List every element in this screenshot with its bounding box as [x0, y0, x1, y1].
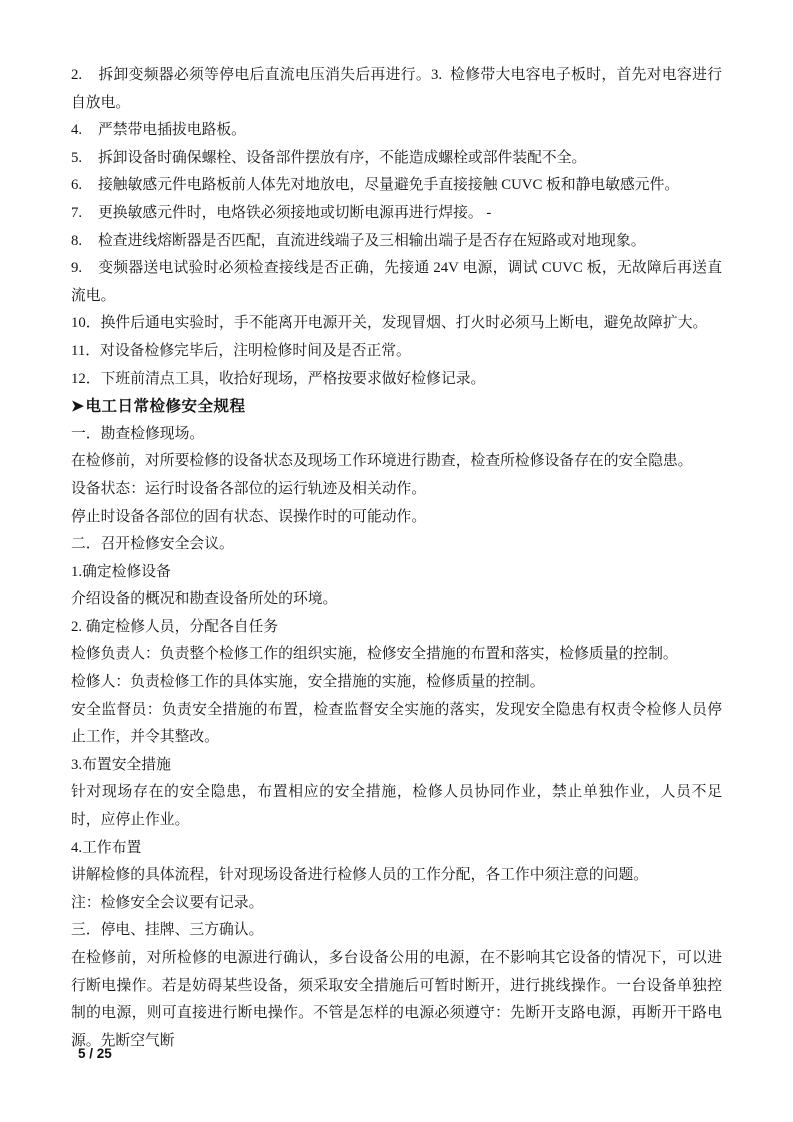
item-number: 10． [71, 310, 101, 338]
list-item: 10．换件后通电实验时，手不能离开电源开关，发现冒烟、打火时必须马上断电，避免故… [71, 310, 722, 338]
paragraph-text: 检修负责人：负责整个检修工作的组织实施，检修安全措施的布置和落实，检修质量的控制… [71, 646, 678, 662]
item-text: 下班前清点工具，收拾好现场，严格按要求做好检修记录。 [101, 371, 486, 387]
item-text: 接触敏感元件电路板前人体先对地放电，尽量避免手直接接触 CUVC 板和静电敏感元… [98, 177, 679, 193]
item-number: 12． [71, 366, 101, 394]
page-number: 5 / 25 [78, 1046, 112, 1061]
paragraph-text: 1.确定检修设备 [71, 564, 171, 580]
item-number: 三． [71, 917, 101, 945]
list-item: 5.拆卸设备时确保螺栓、设备部件摆放有序，不能造成螺栓或部件装配不全。 [71, 145, 722, 173]
list-item: 6.接触敏感元件电路板前人体先对地放电，尽量避免手直接接触 CUVC 板和静电敏… [71, 172, 722, 200]
paragraph: 安全监督员：负责安全措施的布置，检查监督安全实施的落实，发现安全隐患有权责令检修… [71, 697, 722, 752]
paragraph: 停止时设备各部位的固有状态、误操作时的可能动作。 [71, 504, 722, 532]
item-number: 11． [71, 338, 100, 366]
item-text: 拆卸变频器必须等停电后直流电压消失后再进行。3. 检修带大电容电子板时，首先对电… [71, 67, 722, 111]
paragraph: 设备状态：运行时设备各部位的运行轨迹及相关动作。 [71, 476, 722, 504]
item-text: 对设备检修完毕后，注明检修时间及是否正常。 [100, 343, 411, 359]
list-item: 12．下班前清点工具，收拾好现场，严格按要求做好检修记录。 [71, 366, 722, 394]
list-item: 一．勘查检修现场。 [71, 421, 722, 449]
list-item: 三．停电、挂牌、三方确认。 [71, 917, 722, 945]
item-text: 更换敏感元件时，电烙铁必须接地或切断电源再进行焊接。 - [98, 205, 491, 221]
list-item: 11．对设备检修完毕后，注明检修时间及是否正常。 [71, 338, 722, 366]
item-number: 4. [71, 117, 98, 145]
item-number: 5. [71, 145, 98, 173]
paragraph-text: 在检修前，对所检修的电源进行确认，多台设备公用的电源，在不影响其它设备的情况下，… [71, 950, 722, 1049]
item-number: 6. [71, 172, 98, 200]
paragraph-text: 检修人：负责检修工作的具体实施，安全措施的实施，检修质量的控制。 [71, 674, 545, 690]
list-item: 9.变频器送电试验时必须检查接线是否正确，先接通 24V 电源，调试 CUVC … [71, 255, 722, 310]
item-number: 7. [71, 200, 98, 228]
paragraph-text: 安全监督员：负责安全措施的布置，检查监督安全实施的落实，发现安全隐患有权责令检修… [71, 702, 722, 746]
item-text: 停电、挂牌、三方确认。 [101, 922, 264, 938]
item-text: 变频器送电试验时必须检查接线是否正确，先接通 24V 电源，调试 CUVC 板，… [71, 260, 722, 304]
list-item: 7.更换敏感元件时，电烙铁必须接地或切断电源再进行焊接。 - [71, 200, 722, 228]
list-item: 2.拆卸变频器必须等停电后直流电压消失后再进行。3. 检修带大电容电子板时，首先… [71, 62, 722, 117]
paragraph: 讲解检修的具体流程，针对现场设备进行检修人员的工作分配，各工作中须注意的问题。 [71, 862, 722, 890]
paragraph: 介绍设备的概况和勘查设备所处的环境。 [71, 586, 722, 614]
paragraph-text: 注：检修安全会议要有记录。 [71, 895, 263, 911]
item-text: 勘查检修现场。 [101, 426, 205, 442]
list-item: 二．召开检修安全会议。 [71, 531, 722, 559]
paragraph-text: 在检修前，对所要检修的设备状态及现场工作环境进行勘查，检查所检修设备存在的安全隐… [71, 453, 692, 469]
paragraph-text: 设备状态：运行时设备各部位的运行轨迹及相关动作。 [71, 481, 426, 497]
item-text: 拆卸设备时确保螺栓、设备部件摆放有序，不能造成螺栓或部件装配不全。 [98, 150, 586, 166]
list-item: 8.检查进线熔断器是否匹配，直流进线端子及三相输出端子是否存在短路或对地现象。 [71, 228, 722, 256]
item-number: 9. [71, 255, 98, 283]
document-page: 2.拆卸变频器必须等停电后直流电压消失后再进行。3. 检修带大电容电子板时，首先… [0, 0, 793, 1122]
item-text: 换件后通电实验时，手不能离开电源开关，发现冒烟、打火时必须马上断电，避免故障扩大… [101, 315, 708, 331]
paragraph: 1.确定检修设备 [71, 559, 722, 587]
paragraph-text: 4.工作布置 [71, 840, 141, 856]
paragraph-text: 介绍设备的概况和勘查设备所处的环境。 [71, 591, 337, 607]
item-number: 一． [71, 421, 101, 449]
item-text: 召开检修安全会议。 [101, 536, 234, 552]
paragraph: 针对现场存在的安全隐患，布置相应的安全措施，检修人员协同作业，禁止单独作业，人员… [71, 779, 722, 834]
paragraph: 注：检修安全会议要有记录。 [71, 890, 722, 918]
paragraph-text: 3.布置安全措施 [71, 757, 171, 773]
paragraph-text: 2. 确定检修人员，分配各自任务 [71, 619, 278, 635]
item-number: 8. [71, 228, 98, 256]
paragraph-text: 停止时设备各部位的固有状态、误操作时的可能动作。 [71, 509, 426, 525]
paragraph: 在检修前，对所要检修的设备状态及现场工作环境进行勘查，检查所检修设备存在的安全隐… [71, 448, 722, 476]
paragraph: 在检修前，对所检修的电源进行确认，多台设备公用的电源，在不影响其它设备的情况下，… [71, 945, 722, 1055]
item-text: 严禁带电插拔电路板。 [98, 122, 246, 138]
paragraph: 4.工作布置 [71, 835, 722, 863]
list-item: 4.严禁带电插拔电路板。 [71, 117, 722, 145]
paragraph-text: 针对现场存在的安全隐患，布置相应的安全措施，检修人员协同作业，禁止单独作业，人员… [71, 784, 722, 828]
section-heading: ➤电工日常检修安全规程 [71, 393, 722, 421]
heading-text: 电工日常检修安全规程 [86, 398, 246, 415]
page-content: 2.拆卸变频器必须等停电后直流电压消失后再进行。3. 检修带大电容电子板时，首先… [71, 62, 722, 1055]
paragraph: 2. 确定检修人员，分配各自任务 [71, 614, 722, 642]
paragraph-text: 讲解检修的具体流程，针对现场设备进行检修人员的工作分配，各工作中须注意的问题。 [71, 867, 648, 883]
paragraph: 3.布置安全措施 [71, 752, 722, 780]
paragraph: 检修负责人：负责整个检修工作的组织实施，检修安全措施的布置和落实，检修质量的控制… [71, 641, 722, 669]
item-text: 检查进线熔断器是否匹配，直流进线端子及三相输出端子是否存在短路或对地现象。 [98, 233, 646, 249]
arrow-bullet-icon: ➤ [71, 398, 85, 415]
paragraph: 检修人：负责检修工作的具体实施，安全措施的实施，检修质量的控制。 [71, 669, 722, 697]
item-number: 2. [71, 62, 98, 90]
item-number: 二． [71, 531, 101, 559]
